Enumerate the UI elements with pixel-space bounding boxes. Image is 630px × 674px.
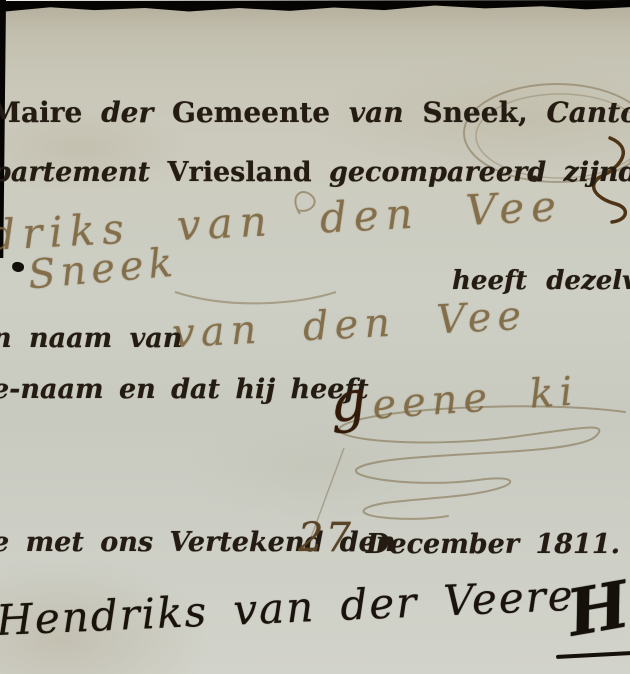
printed-heeft-dezelve: heeft dezelve v — [452, 266, 630, 296]
printed-naam-van: n naam van — [0, 323, 182, 354]
word-partement: partement — [0, 157, 150, 188]
handwritten-children-note: geene ki — [328, 353, 580, 435]
word-maire: Maire — [0, 96, 82, 129]
word-gemeente: Gemeente — [172, 96, 330, 129]
word-vriesland: Vriesland — [168, 157, 312, 188]
ink-blot — [11, 261, 25, 274]
word-van: van — [349, 96, 404, 129]
word-sneek: Sneek, — [422, 96, 527, 129]
word-canton: Canton — [546, 96, 630, 129]
printed-date-month: December 1811. — [366, 529, 620, 560]
printed-header-line: Maire der Gemeente van Sneek, Canton Sne… — [0, 96, 630, 129]
printed-enaam-line: e-naam en dat hij heeft — [0, 374, 369, 405]
handwritten-family-name: van den Vee — [171, 293, 528, 358]
tail-flourish — [175, 292, 336, 303]
word-der: der — [101, 96, 153, 129]
scanned-document: Maire der Gemeente van Sneek, Canton Sne… — [0, 0, 630, 674]
handwritten-children-rest: eene ki — [371, 368, 580, 428]
monogram-underline — [556, 651, 630, 659]
signature-hendriks-van-der-veere: Hendriks van der Veere. — [0, 570, 591, 645]
scan-top-border — [0, 0, 630, 13]
handwritten-day: 27 — [298, 515, 353, 561]
word-gecompareerd: gecompareerd zijnde — [329, 157, 630, 188]
handwritten-children-initial: g — [328, 368, 374, 436]
signature-monogram: H — [562, 567, 630, 651]
